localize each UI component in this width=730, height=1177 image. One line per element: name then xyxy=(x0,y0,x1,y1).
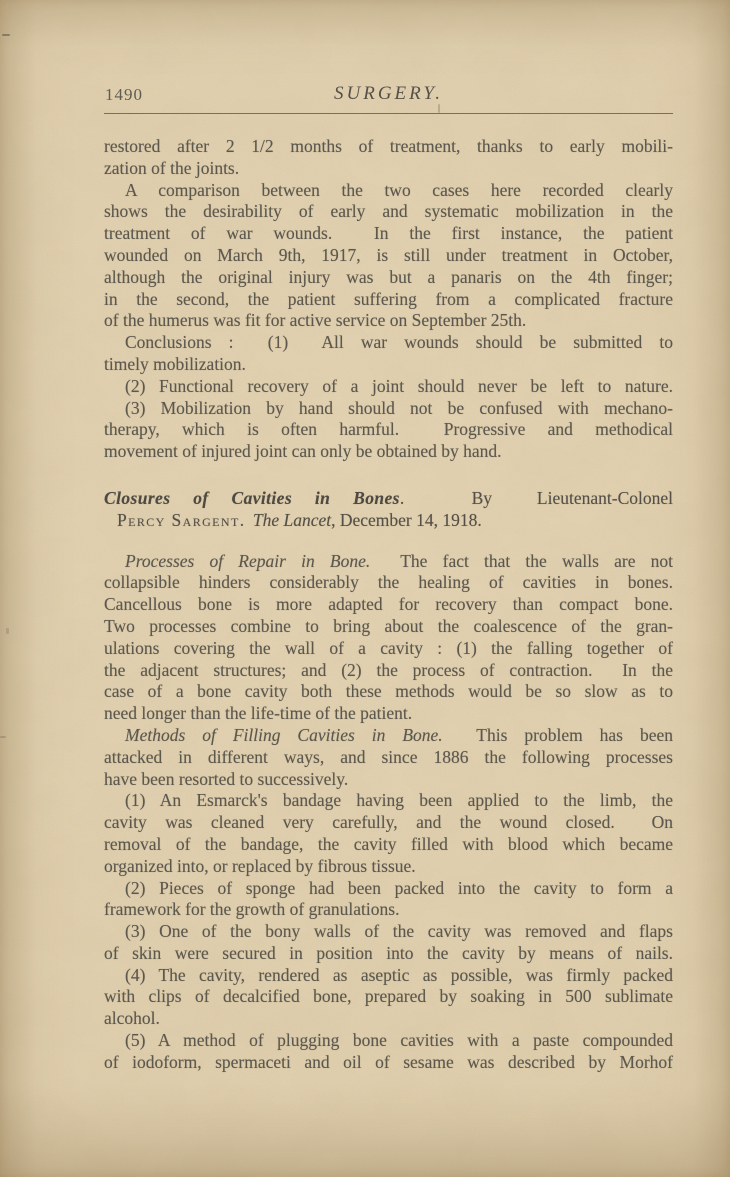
paragraph: Methods of Filling Cavities in Bone. Thi… xyxy=(104,725,673,790)
text-line: (3) One of the bony walls of the cavity … xyxy=(104,921,673,943)
text-line: Two processes combine to bring about the… xyxy=(104,616,673,638)
text-line: treatment of war wounds. In the first in… xyxy=(104,223,673,245)
text-line: A comparison between the two cases here … xyxy=(104,180,673,202)
text-line: framework for the growth of granulations… xyxy=(104,899,673,921)
text-line: Closures of Cavities in Bones. By Lieute… xyxy=(104,488,673,510)
text-line: (3) Mobilization by hand should not be c… xyxy=(104,398,673,420)
text-line: Methods of Filling Cavities in Bone. Thi… xyxy=(104,725,673,747)
text-line: cavity was cleaned very carefully, and t… xyxy=(104,812,673,834)
paragraph: restored after 2 1/2 months of treatment… xyxy=(104,136,673,180)
text-line: case of a bone cavity both these methods… xyxy=(104,681,673,703)
text-line: Processes of Repair in Bone. The fact th… xyxy=(104,551,673,573)
text-line: collapsible hinders considerably the hea… xyxy=(104,572,673,594)
page-header: 1490 SURGERY. xyxy=(104,0,673,105)
paragraph: (3) Mobilization by hand should not be c… xyxy=(104,398,673,463)
text-line: organized into, or replaced by fibrous t… xyxy=(104,856,673,878)
ink-speck xyxy=(6,628,9,634)
text-line: need longer than the life-time of the pa… xyxy=(104,703,673,725)
text-line: restored after 2 1/2 months of treatment… xyxy=(104,136,673,158)
page-content: 1490 SURGERY. restored after 2 1/2 month… xyxy=(104,0,673,1074)
text-line: of iodoform, spermaceti and oil of sesam… xyxy=(104,1052,673,1074)
text-line: removal of the bandage, the cavity fille… xyxy=(104,834,673,856)
text-line: (2) Pieces of sponge had been packed int… xyxy=(104,878,673,900)
text-line: the adjacent structures; and (2) the pro… xyxy=(104,660,673,682)
text-line: movement of injured joint can only be ob… xyxy=(104,441,673,463)
text-line: (4) The cavity, rendered as aseptic as p… xyxy=(104,965,673,987)
paragraph: (1) An Esmarck's bandage having been app… xyxy=(104,790,673,877)
text-line: alcohol. xyxy=(104,1008,673,1030)
paragraph: A comparison between the two cases here … xyxy=(104,180,673,333)
book-page: 1490 SURGERY. restored after 2 1/2 month… xyxy=(0,0,730,1177)
text-line: ulations covering the wall of a cavity :… xyxy=(104,638,673,660)
text-line: (1) An Esmarck's bandage having been app… xyxy=(104,790,673,812)
text-block: restored after 2 1/2 months of treatment… xyxy=(104,136,673,1074)
text-line: Cancellous bone is more adapted for reco… xyxy=(104,594,673,616)
paragraph: (3) One of the bony walls of the cavity … xyxy=(104,921,673,965)
text-line: (2) Functional recovery of a joint shoul… xyxy=(104,376,673,398)
bold-italic-text: Closures of Cavities in Bones xyxy=(104,488,400,508)
text-line: have been resorted to successively. xyxy=(104,769,673,791)
text-line: of the humerus was fit for active servic… xyxy=(104,310,673,332)
text-line: shows the desirability of early and syst… xyxy=(104,201,673,223)
ink-speck xyxy=(2,34,10,36)
text-line: (5) A method of plugging bone cavities w… xyxy=(104,1030,673,1052)
italic-text: The Lancet xyxy=(253,510,331,530)
text-line: with clips of decalcified bone, prepared… xyxy=(104,986,673,1008)
text-line: in the second, the patient suffering fro… xyxy=(104,289,673,311)
paragraph: (4) The cavity, rendered as aseptic as p… xyxy=(104,965,673,1030)
text-line: wounded on March 9th, 1917, is still und… xyxy=(104,245,673,267)
paragraph: Conclusions : (1) All war wounds should … xyxy=(104,332,673,376)
running-title: SURGERY. xyxy=(104,83,673,105)
paragraph: (2) Pieces of sponge had been packed int… xyxy=(104,878,673,922)
italic-text: Processes of Repair in Bone. xyxy=(125,551,370,571)
text-line: Percy Sargent. The Lancet, December 14, … xyxy=(104,510,673,532)
article-heading: Closures of Cavities in Bones. By Lieute… xyxy=(104,488,673,532)
header-rule xyxy=(104,113,673,114)
text-line: Conclusions : (1) All war wounds should … xyxy=(104,332,673,354)
ink-speck xyxy=(0,736,6,738)
text-line: timely mobilization. xyxy=(104,354,673,376)
text-line: therapy, which is often harmful. Progres… xyxy=(104,419,673,441)
italic-text: Methods of Filling Cavities in Bone. xyxy=(125,725,443,745)
paragraph: (2) Functional recovery of a joint shoul… xyxy=(104,376,673,398)
paragraph: (5) A method of plugging bone cavities w… xyxy=(104,1030,673,1074)
text-line: attacked in different ways, and since 18… xyxy=(104,747,673,769)
small-caps-text: Percy Sargent xyxy=(117,510,240,530)
paragraph: Processes of Repair in Bone. The fact th… xyxy=(104,551,673,725)
text-line: of skin were secured in position into th… xyxy=(104,943,673,965)
text-line: although the original injury was but a p… xyxy=(104,267,673,289)
text-line: zation of the joints. xyxy=(104,158,673,180)
